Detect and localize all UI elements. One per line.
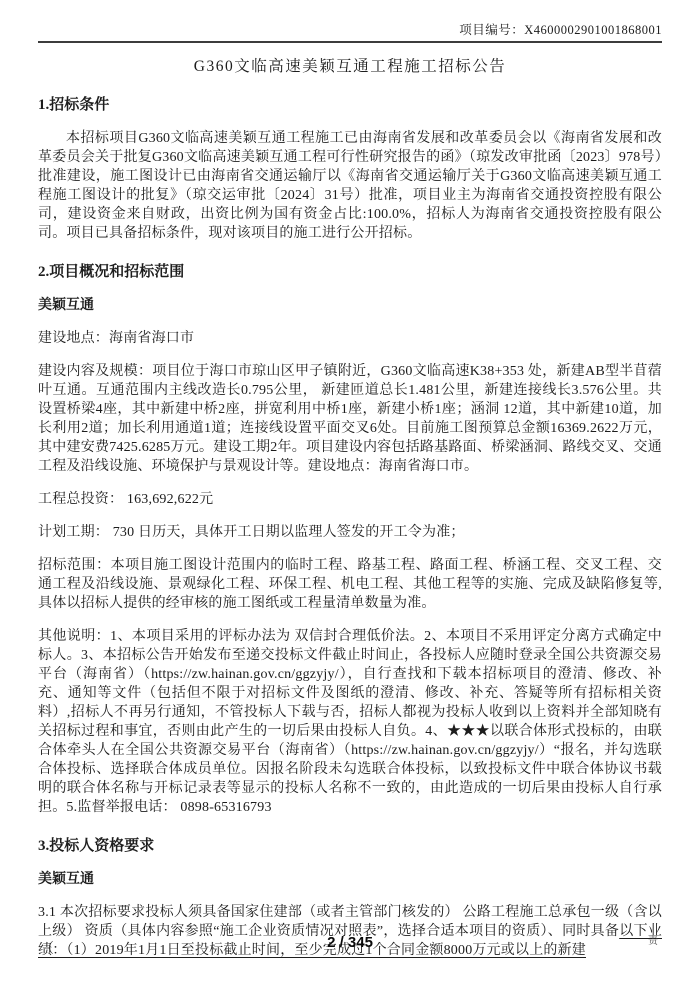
body-paragraph: 其他说明：1、本项目采用的评标办法为 双信封合理低价法。2、本项目不采用评定分离… <box>38 627 662 817</box>
text-run: 美颖互通 <box>38 872 94 887</box>
document-page: 项目编号：X4600002901001868001 G360文临高速美颖互通工程… <box>0 0 700 990</box>
text-run: 3.投标人资格要求 <box>38 838 154 854</box>
body-paragraph: 3.1 本次招标要求投标人须具备国家住建部（或者主管部门核发的） 公路工程施工总… <box>38 903 662 960</box>
document-header: 项目编号：X4600002901001868001 <box>38 20 662 43</box>
text-run: 建设地点：海南省海口市 <box>38 331 194 346</box>
section-subheading: 美颖互通 <box>38 296 662 315</box>
body-paragraph: 招标范围：本项目施工图设计范围内的临时工程、路基工程、路面工程、桥涵工程、交叉工… <box>38 556 662 613</box>
text-run: 美颖互通 <box>38 298 94 313</box>
text-run: 其他说明：1、本项目采用的评标办法为 双信封合理低价法。2、本项目不采用评定分离… <box>38 629 662 815</box>
text-run: 工程总投资： 163,692,622元 <box>38 492 213 507</box>
body-paragraph: 工程总投资： 163,692,622元 <box>38 490 662 509</box>
body-paragraph: 建设内容及规模：项目位于海口市琼山区甲子镇附近，G360文临高速K38+353 … <box>38 362 662 476</box>
section-heading: 1.招标条件 <box>38 96 662 115</box>
text-run: 1.招标条件 <box>38 97 109 113</box>
section-subheading: 美颖互通 <box>38 870 662 889</box>
text-run: 招标范围：本项目施工图设计范围内的临时工程、路基工程、路面工程、桥涵工程、交叉工… <box>38 558 662 611</box>
page-indicator: 2 / 345 <box>0 934 700 951</box>
body-paragraph: 建设地点：海南省海口市 <box>38 329 662 348</box>
text-run: 建设内容及规模：项目位于海口市琼山区甲子镇附近，G360文临高速K38+353 … <box>38 364 662 474</box>
text-run: 本招标项目G360文临高速美颖互通工程施工已由海南省发展和改革委员会以《海南省发… <box>38 131 662 241</box>
project-number-label: 项目编号： <box>459 23 524 37</box>
project-number-value: X4600002901001868001 <box>524 23 662 37</box>
document-body: 1.招标条件本招标项目G360文临高速美颖互通工程施工已由海南省发展和改革委员会… <box>38 96 662 960</box>
clipped-right-fragment: 责 <box>648 932 658 947</box>
text-run: 2.项目概况和招标范围 <box>38 264 184 280</box>
section-heading: 2.项目概况和招标范围 <box>38 263 662 282</box>
body-paragraph: 本招标项目G360文临高速美颖互通工程施工已由海南省发展和改革委员会以《海南省发… <box>38 129 662 243</box>
body-paragraph: 计划工期： 730 日历天，具体开工日期以监理人签发的开工令为准； <box>38 523 662 542</box>
section-heading: 3.投标人资格要求 <box>38 837 662 856</box>
text-run: 计划工期： 730 日历天，具体开工日期以监理人签发的开工令为准； <box>38 525 465 540</box>
page-title: G360文临高速美颖互通工程施工招标公告 <box>38 54 662 76</box>
